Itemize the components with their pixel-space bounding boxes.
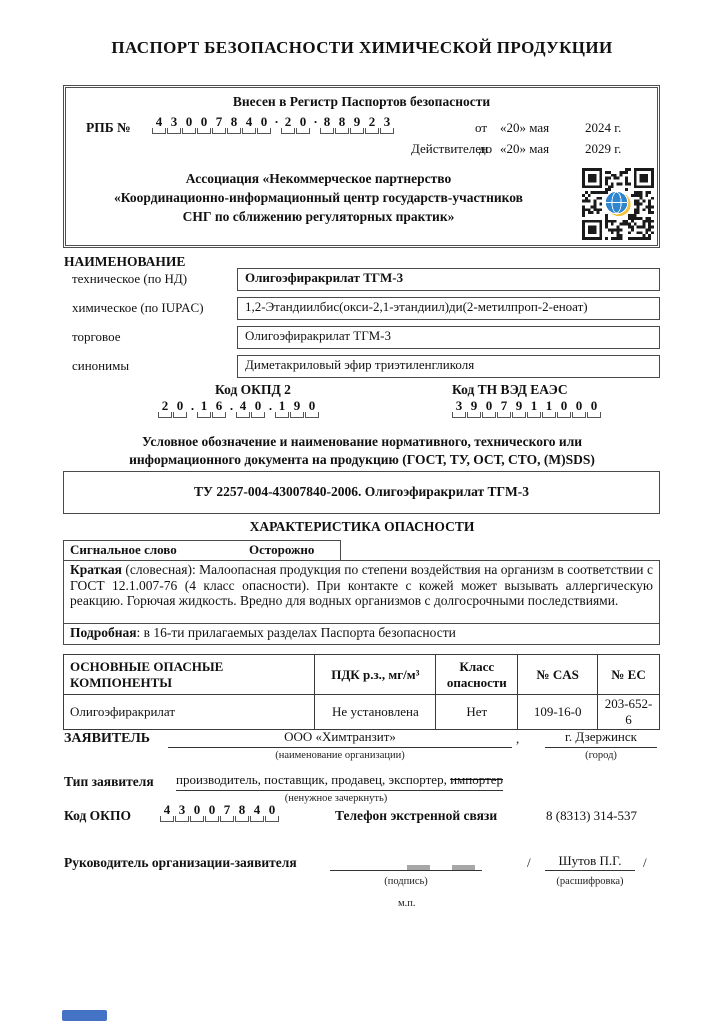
comb-digit: 9: [467, 398, 481, 418]
comb-digit: 0: [572, 398, 586, 418]
city-caption: (город): [545, 750, 657, 761]
comb-digit: 7: [220, 802, 234, 822]
comb-digit: 4: [152, 114, 166, 134]
okpd-label: Код ОКПД 2: [215, 382, 291, 398]
association-line: Ассоциация «Некоммерческое партнерство: [66, 169, 571, 188]
naming-heading: НАИМЕНОВАНИЕ: [64, 254, 185, 270]
comb-digit: 4: [250, 802, 264, 822]
signature-line: [330, 853, 482, 871]
table-row: Олигоэфиракрилат Не установлена Нет 109-…: [64, 695, 660, 730]
slash-right: /: [643, 855, 647, 871]
naming-value-technical: Олигоэфиракрилат ТГМ-3: [237, 268, 660, 291]
comb-digit: 2: [281, 114, 295, 134]
comb-digit: 0: [265, 802, 279, 822]
hazard-brief-text: (словесная): Малоопасная продукция по ст…: [70, 562, 653, 608]
registry-box: Внесен в Регистр Паспортов безопасности …: [63, 85, 660, 248]
comb-digit: 1: [197, 398, 211, 418]
hazard-detail-box: Подробная: в 16-ти прилагаемых разделах …: [63, 623, 660, 645]
applicant-type-field: производитель, поставщик, продавец, эксп…: [176, 772, 503, 791]
naming-label-chemical: химическое (по IUPAC): [72, 300, 204, 316]
comb-digit: 3: [452, 398, 466, 418]
naming-value-chemical: 1,2-Этандиилбис(окси-2,1-этандиил)ди(2-м…: [237, 297, 660, 320]
association-line: СНГ по сближению регуляторных практик»: [66, 207, 571, 226]
comb-digit: ·: [272, 114, 281, 134]
hazard-brief-label: Краткая: [70, 562, 122, 577]
normdoc-heading-line: Условное обозначение и наименование норм…: [0, 433, 724, 451]
comb-digit: 0: [190, 802, 204, 822]
rpb-number-field: 43007840·20·88923: [152, 114, 395, 134]
comb-digit: 0: [482, 398, 496, 418]
comb-digit: 0: [305, 398, 319, 418]
comb-digit: 6: [212, 398, 226, 418]
normdoc-heading: Условное обозначение и наименование норм…: [0, 433, 724, 469]
comb-digit: 0: [173, 398, 187, 418]
association-name: Ассоциация «Некоммерческое партнерство «…: [66, 169, 571, 226]
hazard-detail-label: Подробная: [70, 625, 137, 640]
comb-digit: 2: [365, 114, 379, 134]
comb-digit: .: [227, 398, 236, 418]
naming-value-text: 1,2-Этандиилбис(окси-2,1-этандиил)ди(2-м…: [238, 298, 659, 315]
comb-digit: 0: [587, 398, 601, 418]
comb-digit: 4: [242, 114, 256, 134]
col-header-class: Класс опасности: [436, 655, 518, 695]
normdoc-heading-line: информационного документа на продукцию (…: [0, 451, 724, 469]
applicant-type-struck: импортер: [450, 772, 503, 787]
comb-digit: 2: [158, 398, 172, 418]
comb-digit: 0: [197, 114, 211, 134]
naming-label-trade: торговое: [72, 329, 121, 345]
signal-word-label: Сигнальное слово: [70, 542, 177, 558]
comb-digit: .: [266, 398, 275, 418]
col-header-pdk: ПДК р.з., мг/м³: [315, 655, 436, 695]
valid-to-date: «20» мая: [500, 141, 549, 157]
applicant-comma: ,: [516, 731, 519, 747]
signature-name-field: Шутов П.Г.: [545, 853, 635, 871]
comb-digit: 1: [275, 398, 289, 418]
rpb-number-label: РПБ №: [86, 120, 131, 136]
naming-value-text: Олигоэфиракрилат ТГМ-3: [238, 327, 659, 344]
comb-digit: 8: [335, 114, 349, 134]
emergency-phone-value: 8 (8313) 314-537: [546, 808, 637, 824]
naming-label-technical: техническое (по НД): [72, 271, 187, 287]
comb-digit: 4: [236, 398, 250, 418]
okpd-field: 20.16.40.190: [158, 398, 320, 418]
hazard-heading: ХАРАКТЕРИСТИКА ОПАСНОСТИ: [0, 519, 724, 535]
cell-cas: 109-16-0: [518, 695, 598, 730]
qr-code: [582, 168, 654, 240]
stamp-place-label: м.п.: [398, 898, 416, 909]
page-title: ПАСПОРТ БЕЗОПАСНОСТИ ХИМИЧЕСКОЙ ПРОДУКЦИ…: [0, 38, 724, 58]
applicant-organization-field: ООО «Химтранзит»: [168, 729, 512, 748]
cell-class: Нет: [436, 695, 518, 730]
valid-from-year: 2024 г.: [585, 120, 621, 136]
comb-digit: 9: [350, 114, 364, 134]
signal-word-value: Осторожно: [249, 542, 314, 558]
sign-caption: (подпись): [330, 876, 482, 887]
cell-component: Олигоэфиракрилат: [64, 695, 315, 730]
valid-from-label: от: [475, 120, 487, 136]
cell-pdk: Не установлена: [315, 695, 436, 730]
naming-label-synonyms: синонимы: [72, 358, 129, 374]
emergency-phone-label: Телефон экстренной связи: [335, 808, 497, 824]
comb-digit: 8: [235, 802, 249, 822]
signature-mark: [452, 865, 475, 870]
cell-ec: 203-652-6: [598, 695, 660, 730]
comb-digit: 3: [175, 802, 189, 822]
applicant-city-field: г. Дзержинск: [545, 729, 657, 748]
naming-value-synonyms: Диметакриловый эфир триэтиленгликоля: [237, 355, 660, 378]
col-header-components: ОСНОВНЫЕ ОПАСНЫЕ КОМПОНЕНТЫ: [64, 655, 315, 695]
comb-digit: 0: [205, 802, 219, 822]
okpo-field: 43007840: [160, 802, 280, 822]
naming-value-text: Олигоэфиракрилат ТГМ-3: [238, 269, 659, 286]
comb-digit: 7: [497, 398, 511, 418]
valid-word: Действителен: [411, 141, 488, 157]
registry-heading: Внесен в Регистр Паспортов безопасности: [66, 94, 657, 110]
slash-left: /: [527, 855, 531, 871]
applicant-type-values: производитель, поставщик, продавец, эксп…: [176, 772, 447, 787]
col-header-cas: № CAS: [518, 655, 598, 695]
comb-digit: 1: [542, 398, 556, 418]
footer-bar: [62, 1010, 107, 1021]
okpo-label: Код ОКПО: [64, 808, 131, 824]
naming-value-trade: Олигоэфиракрилат ТГМ-3: [237, 326, 660, 349]
comb-digit: 0: [257, 114, 271, 134]
comb-digit: 3: [167, 114, 181, 134]
association-line: «Координационно-информационный центр гос…: [66, 188, 571, 207]
valid-from-date: «20» мая: [500, 120, 549, 136]
signature-mark: [407, 865, 430, 870]
comb-digit: .: [188, 398, 197, 418]
organization-caption: (наименование организации): [168, 750, 512, 761]
tnved-label: Код ТН ВЭД ЕАЭС: [452, 382, 568, 398]
col-header-ec: № ЕС: [598, 655, 660, 695]
comb-digit: 0: [182, 114, 196, 134]
normdoc-box: ТУ 2257-004-43007840-2006. Олигоэфиракри…: [63, 471, 660, 514]
comb-digit: 9: [290, 398, 304, 418]
signal-word-box: Сигнальное слово Осторожно: [63, 540, 341, 561]
comb-digit: 0: [296, 114, 310, 134]
tnved-field: 3907911000: [452, 398, 602, 418]
comb-digit: 3: [380, 114, 394, 134]
comb-digit: 8: [320, 114, 334, 134]
comb-digit: 9: [512, 398, 526, 418]
normdoc-value: ТУ 2257-004-43007840-2006. Олигоэфиракри…: [64, 472, 659, 500]
naming-value-text: Диметакриловый эфир триэтиленгликоля: [238, 356, 659, 373]
valid-to-year: 2029 г.: [585, 141, 621, 157]
comb-digit: 0: [251, 398, 265, 418]
comb-digit: ·: [311, 114, 320, 134]
comb-digit: 7: [212, 114, 226, 134]
comb-digit: 4: [160, 802, 174, 822]
comb-digit: 1: [527, 398, 541, 418]
applicant-label: ЗАЯВИТЕЛЬ: [64, 731, 150, 747]
applicant-type-label: Тип заявителя: [64, 774, 154, 790]
hazard-brief-box: Краткая (словесная): Малоопасная продукц…: [63, 560, 660, 624]
valid-to-label: до: [479, 141, 492, 157]
table-header-row: ОСНОВНЫЕ ОПАСНЫЕ КОМПОНЕНТЫ ПДК р.з., мг…: [64, 655, 660, 695]
components-table: ОСНОВНЫЕ ОПАСНЫЕ КОМПОНЕНТЫ ПДК р.з., мг…: [63, 654, 660, 730]
comb-digit: 8: [227, 114, 241, 134]
comb-digit: 0: [557, 398, 571, 418]
name-caption: (расшифровка): [540, 876, 640, 887]
head-of-organization-label: Руководитель организации-заявителя: [64, 855, 297, 871]
hazard-detail-text: : в 16-ти прилагаемых разделах Паспорта …: [137, 625, 456, 640]
